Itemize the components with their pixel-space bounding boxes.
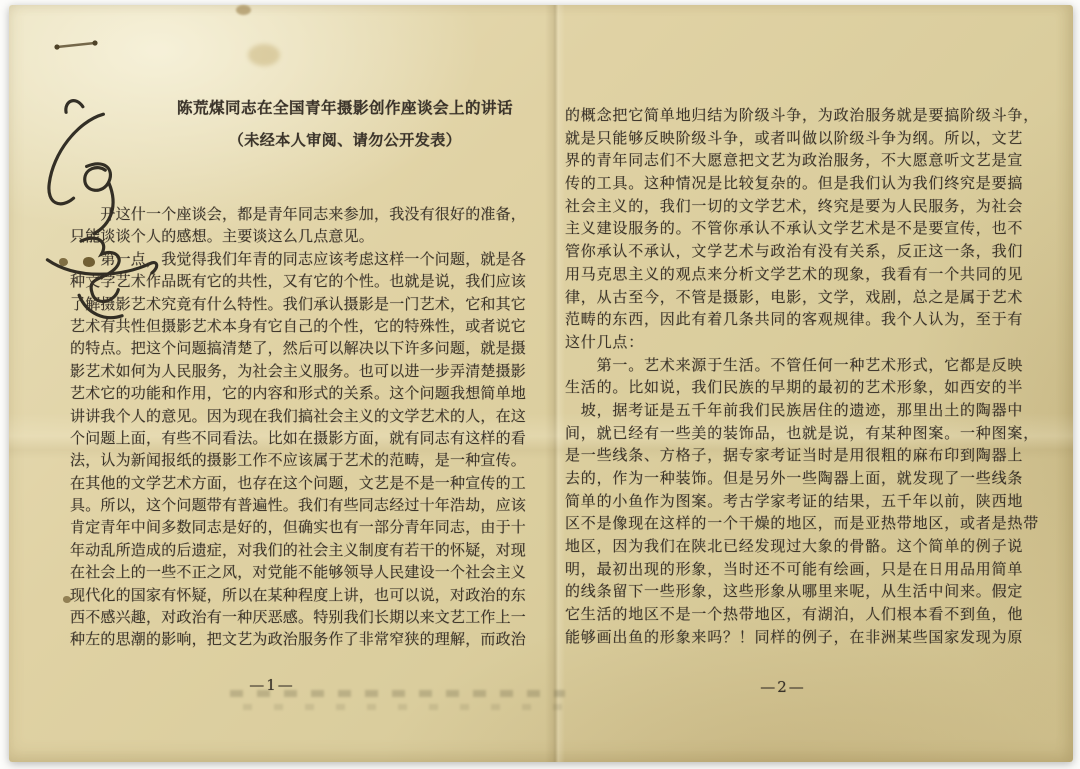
document-subtitle: （未经本人审阅、请勿公开发表）: [110, 129, 580, 150]
text-line: 界的青年同志们不大愿意把文艺为政治服务，不大愿意听文艺是宣: [565, 149, 1047, 172]
text-line: 地区，因为我们在陕北已经发现过大象的骨骼。这个简单的例子说: [565, 535, 1047, 558]
text-line: 是一些线条、方格子，据专家考证当时是用很粗的麻布印到陶器上: [565, 444, 1047, 467]
text-line: 第一。艺术来源于生活。不管任何一种艺术形式，它都是反映: [565, 354, 1047, 377]
text-line: 个问题上面，有些不同看法。比如在摄影方面，就有同志有这样的看: [70, 427, 538, 449]
text-line: 它生活的地区不是一个热带地区，有湖泊，人们根本看不到鱼，他: [565, 603, 1047, 626]
text-line: 的概念把它简单地归结为阶级斗争，为政治服务就是要搞阶级斗争，: [565, 104, 1047, 127]
text-line: 管你承认不承认，文学艺术与政治有没有关系，反正这一条，我们: [565, 240, 1047, 263]
page-1-body: 开这什一个座谈会，都是青年同志来参加，我没有很好的准备，只能谈谈个人的感想。主要…: [70, 203, 538, 651]
page-2-body: 的概念把它简单地归结为阶级斗争，为政治服务就是要搞阶级斗争，就是只能够反映阶级斗…: [565, 104, 1047, 649]
staple: [50, 34, 102, 56]
text-line: 艺术它的功能和作用，它的内容和形式的关系。这个问题我想简单地: [70, 382, 538, 404]
text-line: 这什几点：: [565, 331, 1047, 354]
page-1-number: —1—: [212, 676, 332, 694]
text-line: 明，最初出现的形象，当时还不可能有绘画，只是在日用品用简单: [565, 558, 1047, 581]
text-line: 种文学艺术作品既有它的共性，又有它的个性。也就是说，我们应该: [70, 270, 538, 292]
text-line: 开这什一个座谈会，都是青年同志来参加，我没有很好的准备，: [70, 203, 538, 225]
text-line: 生活的。比如说，我们民族的早期的最初的艺术形象，如西安的半: [565, 376, 1047, 399]
text-line: 了解摄影艺术究竟有什么特性。我们承认摄影是一门艺术，它和其它: [70, 293, 538, 315]
text-line: 具。所以，这个问题带有普遍性。我们有些同志经过十年浩劫，应该: [70, 494, 538, 516]
text-line: 律，从古至今，不管是摄影，电影，文学，戏剧，总之是属于艺术: [565, 286, 1047, 309]
text-line: 坡，据考证是五千年前我们民族居住的遗迹，那里出土的陶器中: [565, 399, 1047, 422]
text-line: 就是只能够反映阶级斗争，或者叫做以阶级斗争为纲。所以，文艺: [565, 127, 1047, 150]
document-paper: 陈荒煤同志在全国青年摄影创作座谈会上的讲话 （未经本人审阅、请勿公开发表） 开这…: [9, 5, 1073, 762]
text-line: 社会主义的，我们一切的文学艺术，终究是要为人民服务，为社会: [565, 195, 1047, 218]
paper-stain: [248, 44, 280, 66]
text-line: 间，就已经有一些美的装饰品，也就是说，有某种图案。一种图案，: [565, 422, 1047, 445]
text-line: 的特点。把这个问题搞清楚了，然后可以解决以下许多问题，就是摄: [70, 337, 538, 359]
text-line: 在社会上的一些不正之风，对党能不能够领导人民建设一个社会主义: [70, 561, 538, 583]
text-line: 的线条留下一些形象，这些形象从哪里来呢，从生活中间来。假定: [565, 580, 1047, 603]
text-line: 西不感兴趣，对政治有一种厌恶感。特别我们长期以来文艺工作上一: [70, 606, 538, 628]
text-line: 传的工具。这种情况是比较复杂的。但是我们认为我们终究是要搞: [565, 172, 1047, 195]
paper-stain: [236, 5, 251, 15]
scanned-document: { "document": { "title": "陈荒煤同志在全国青年摄影创作…: [0, 0, 1080, 769]
text-line: 种左的思潮的影响，把文艺为政治服务作了非常窄狭的理解，而政治: [70, 628, 538, 650]
text-line: 影艺术如何为人民服务，为社会主义服务。也可以进一步弄清楚摄影: [70, 360, 538, 382]
text-line: 只能谈谈个人的感想。主要谈这么几点意见。: [70, 225, 538, 247]
text-line: 第一点，我觉得我们年青的同志应该考虑这样一个问题，就是各: [70, 248, 538, 270]
text-line: 肯定青年中间多数同志是好的，但确实也有一部分青年同志，由于十: [70, 516, 538, 538]
text-line: 用马克思主义的观点来分析文学艺术的现象，我看有一个共同的见: [565, 263, 1047, 286]
text-line: 区不是像现在这样的一个干燥的地区，而是亚热带地区，或者是热带: [565, 512, 1047, 535]
page-2-number: —2—: [723, 678, 843, 696]
text-line: 能够画出鱼的形象来吗？！同样的例子，在非洲某些国家发现为原: [565, 626, 1047, 649]
text-line: 艺术有共性但摄影艺术本身有它自己的个性，它的特殊性，或者说它: [70, 315, 538, 337]
text-line: 讲讲我个人的意见。因为现在我们搞社会主义的文学艺术的人，在这: [70, 405, 538, 427]
text-line: 年动乱所造成的后遗症，对我们的社会主义制度有若干的怀疑，对现: [70, 539, 538, 561]
document-title: 陈荒煤同志在全国青年摄影创作座谈会上的讲话: [110, 96, 580, 118]
text-line: 去的，作为一种装饰。但是另外一些陶器上面，就发现了一些线条: [565, 467, 1047, 490]
text-line: 现代化的国家有怀疑，所以在某种程度上讲，也可以说，对政治的东: [70, 584, 538, 606]
text-line: 范畴的东西，因此有着几条共同的客观规律。我个人认为，至于有: [565, 308, 1047, 331]
text-line: 法，认为新闻报纸的摄影工作不应该属于艺术的范畴，是一种宣传。: [70, 449, 538, 471]
text-line: 主义建设服务的。不管你承认不承认文学艺术是不是要宣传，也不: [565, 217, 1047, 240]
text-line: 在其他的文学艺术方面，也存在这个问题，文艺是不是一种宣传的工: [70, 472, 538, 494]
center-fold-crease: [545, 5, 565, 762]
text-line: 简单的小鱼作为图案。考古学家考证的结果，五千年以前，陕西地: [565, 490, 1047, 513]
